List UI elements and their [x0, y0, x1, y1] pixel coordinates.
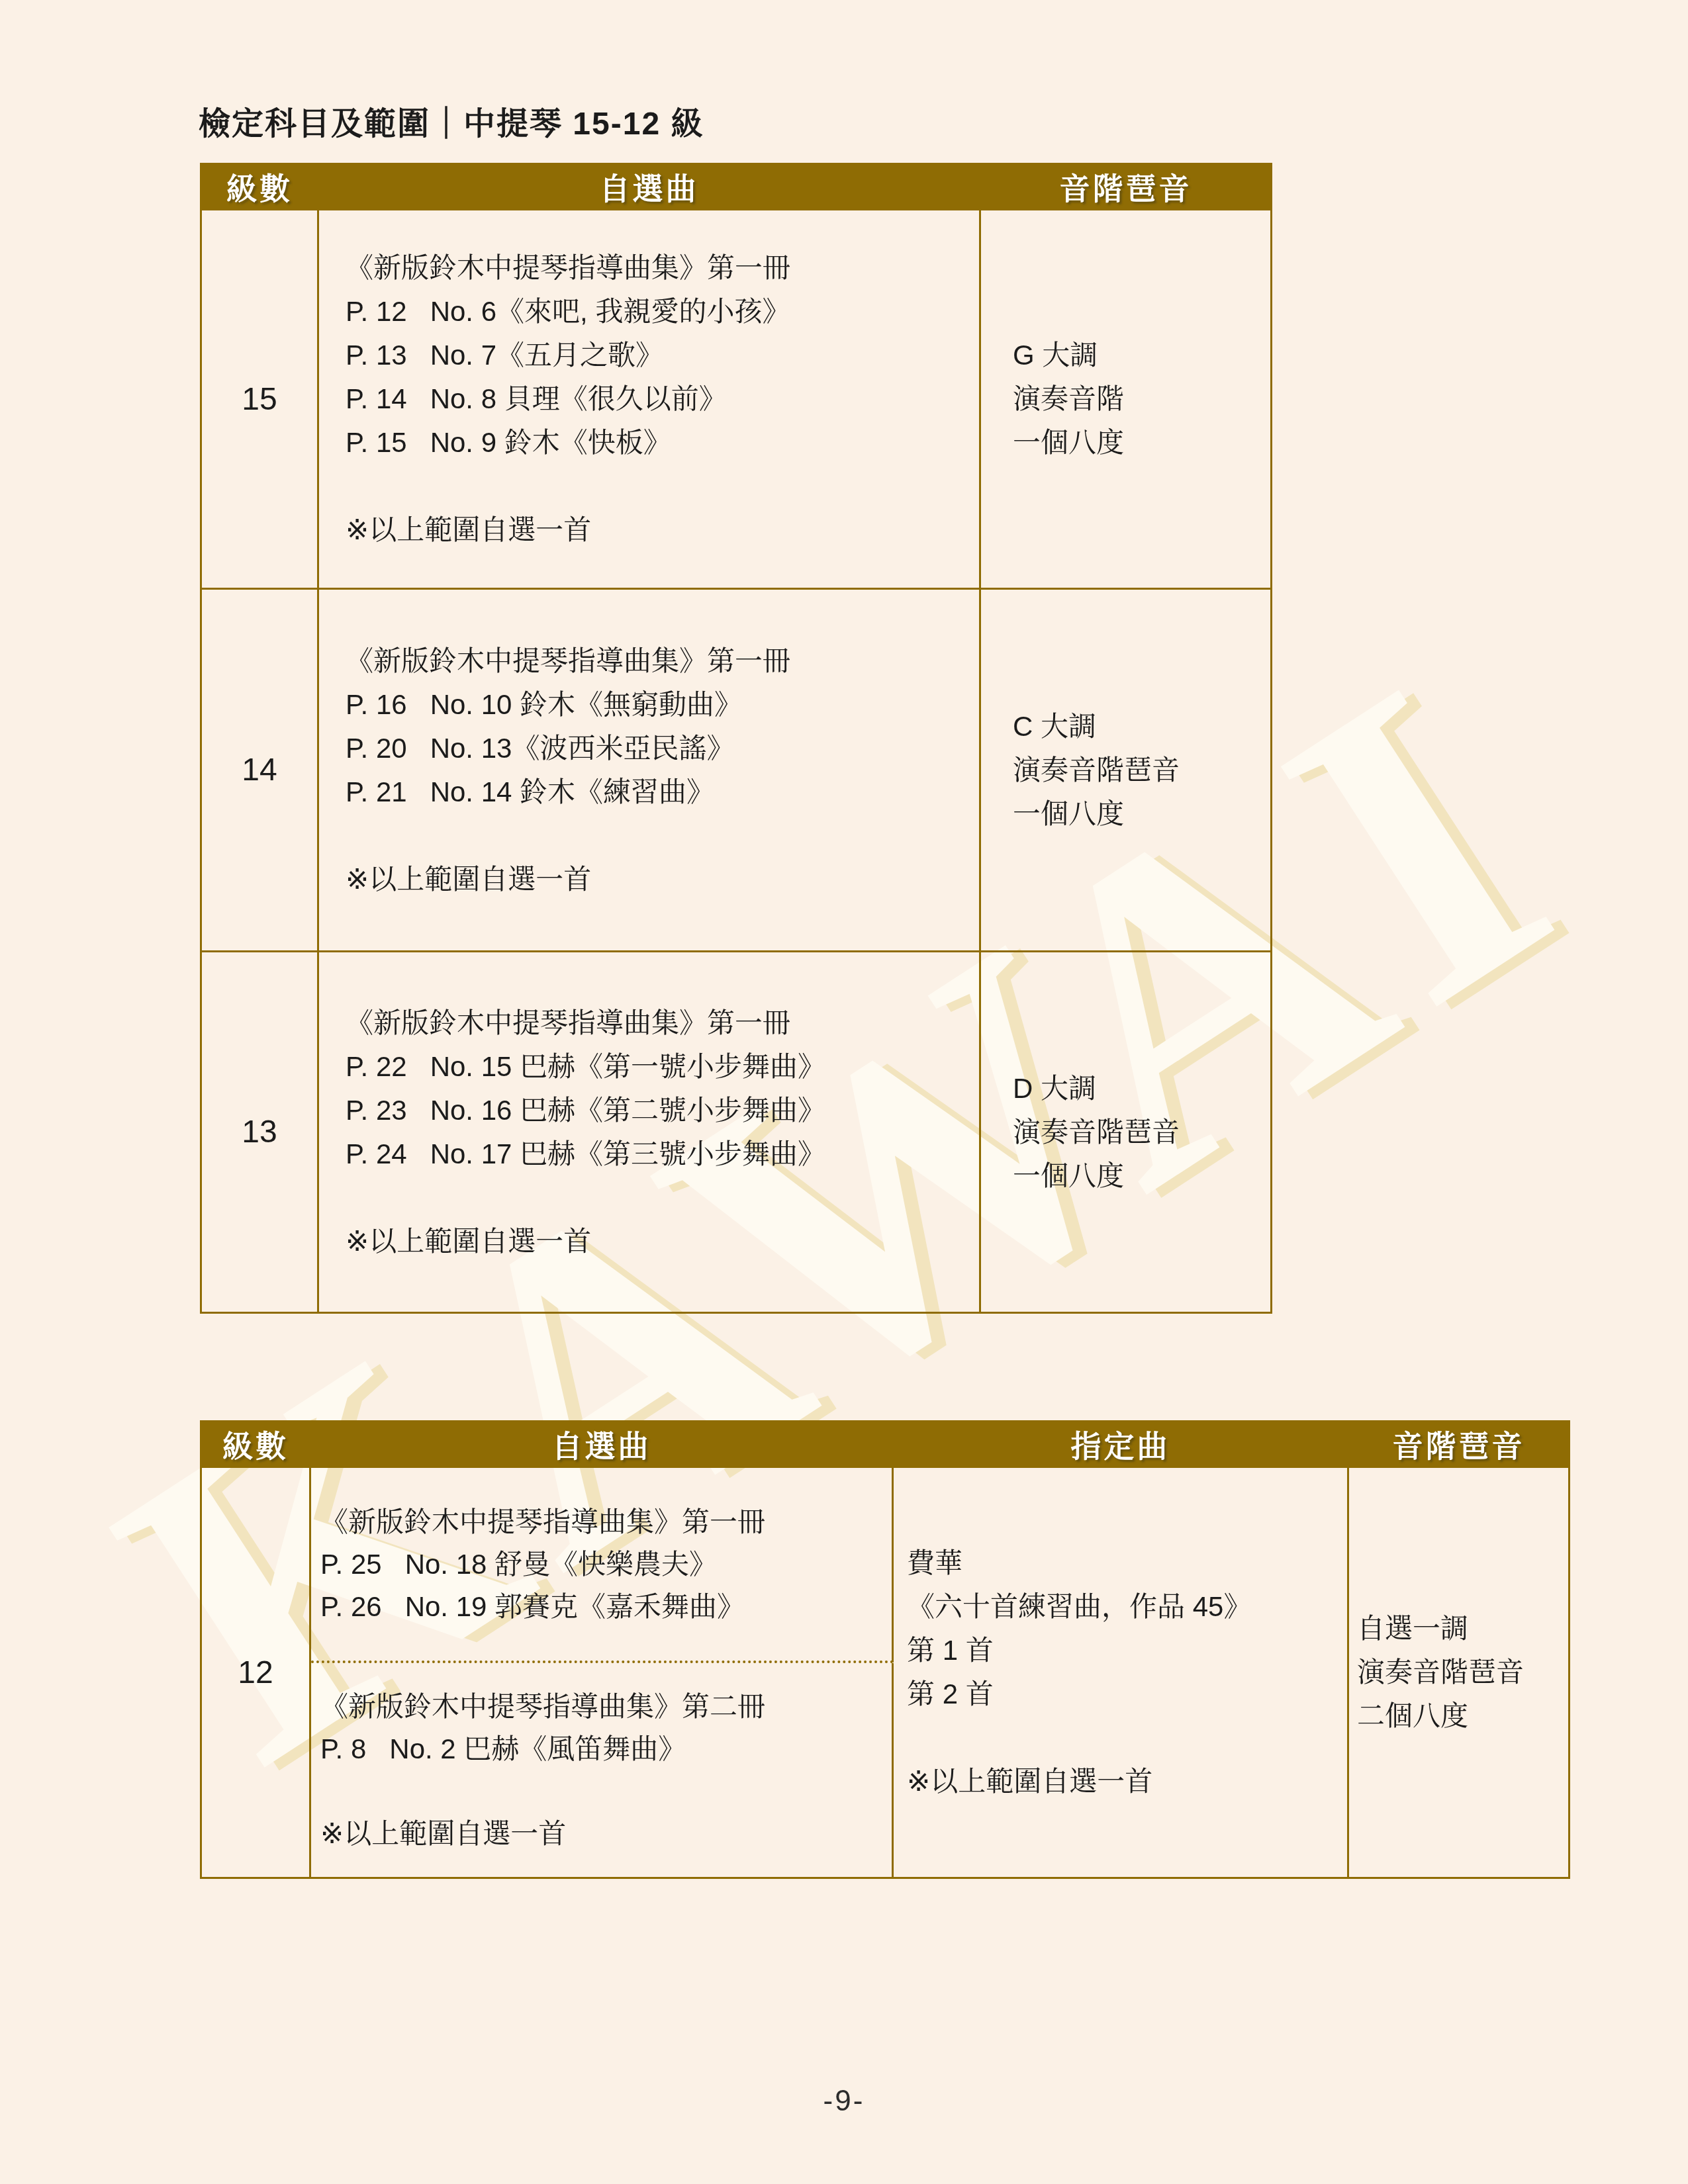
grade-12-table: 級數 自選曲 指定曲 音階琶音 12 《新版鈴木中提琴指導曲集》第一冊 P. 2… [200, 1420, 1570, 1879]
t1-header-free-choice: 自選曲 [319, 165, 981, 208]
grade-cell-12: 12 [202, 1466, 311, 1877]
piece-line: P. 20 No. 13《波西米亞民謠》 [346, 727, 979, 770]
piece-line: P. 12 No. 6《來吧, 我親愛的小孩》 [346, 290, 979, 334]
t2-header-scale-arpeggio: 音階琶音 [1349, 1422, 1568, 1466]
page-number: -9- [0, 2085, 1688, 2118]
designated-line: 第 2 首 [907, 1672, 1347, 1716]
scale-cell-14: C 大調 演奏音階琶音 一個八度 [981, 588, 1270, 950]
designated-line: 第 1 首 [907, 1629, 1347, 1672]
scale-cell-15: G 大調 演奏音階 一個八度 [981, 208, 1270, 588]
page-title: 檢定科目及範圍｜中提琴 15-12 級 [199, 98, 704, 144]
scale-line: 一個八度 [1013, 792, 1270, 836]
designated-line: 費華 [907, 1541, 1347, 1585]
piece-line: 《新版鈴木中提琴指導曲集》第一冊 [346, 639, 979, 683]
piece-line: 《新版鈴木中提琴指導曲集》第一冊 [346, 246, 979, 290]
grades-15-13-table: 級數 自選曲 音階琶音 15 《新版鈴木中提琴指導曲集》第一冊 P. 12 No… [200, 163, 1272, 1314]
note-line: ※以上範圍自選一首 [346, 1220, 979, 1263]
spacer [320, 1770, 892, 1813]
scale-line: D 大調 [1013, 1067, 1270, 1111]
t1-header-scale-arpeggio: 音階琶音 [981, 165, 1270, 208]
scale-line: 演奏音階琶音 [1013, 749, 1270, 792]
free-choice-cell-15: 《新版鈴木中提琴指導曲集》第一冊 P. 12 No. 6《來吧, 我親愛的小孩》… [319, 208, 981, 588]
piece-line: 《新版鈴木中提琴指導曲集》第二冊 [320, 1686, 892, 1728]
free-choice-cell-12-book1: 《新版鈴木中提琴指導曲集》第一冊 P. 25 No. 18 舒曼《快樂農夫》 P… [311, 1466, 894, 1663]
t2-header-designated: 指定曲 [894, 1422, 1349, 1466]
piece-line: P. 25 No. 18 舒曼《快樂農夫》 [320, 1543, 892, 1586]
document-page: { "page": { "title": "檢定科目及範圍｜中提琴 15-12 … [0, 0, 1688, 2184]
scale-line: 演奏音階 [1013, 377, 1270, 421]
spacer [907, 1716, 1347, 1760]
piece-line: 《新版鈴木中提琴指導曲集》第一冊 [346, 1001, 979, 1045]
designated-cell-12: 費華 《六十首練習曲，作品 45》 第 1 首 第 2 首 ※以上範圍自選一首 [894, 1466, 1349, 1877]
piece-line: P. 14 No. 8 貝理《很久以前》 [346, 377, 979, 421]
piece-line: P. 21 No. 14 鈴木《練習曲》 [346, 770, 979, 814]
piece-line: 《新版鈴木中提琴指導曲集》第一冊 [320, 1501, 892, 1543]
scale-line: 演奏音階琶音 [1357, 1651, 1568, 1694]
piece-line: P. 16 No. 10 鈴木《無窮動曲》 [346, 683, 979, 727]
piece-line: P. 15 No. 9 鈴木《快板》 [346, 421, 979, 465]
spacer [346, 465, 979, 508]
piece-line: P. 24 No. 17 巴赫《第三號小步舞曲》 [346, 1132, 979, 1176]
scale-line: 二個八度 [1357, 1694, 1568, 1738]
scale-line: 自選一調 [1357, 1607, 1568, 1651]
piece-line: P. 23 No. 16 巴赫《第二號小步舞曲》 [346, 1089, 979, 1132]
scale-line: 演奏音階琶音 [1013, 1111, 1270, 1154]
scale-line: 一個八度 [1013, 421, 1270, 465]
grade-cell-13: 13 [202, 950, 319, 1312]
scale-line: 一個八度 [1013, 1154, 1270, 1198]
scale-cell-13: D 大調 演奏音階琶音 一個八度 [981, 950, 1270, 1312]
piece-line: P. 22 No. 15 巴赫《第一號小步舞曲》 [346, 1045, 979, 1089]
note-line: ※以上範圍自選一首 [346, 508, 979, 552]
free-choice-cell-12-book2: 《新版鈴木中提琴指導曲集》第二冊 P. 8 No. 2 巴赫《風笛舞曲》 ※以上… [311, 1663, 894, 1877]
scale-cell-12: 自選一調 演奏音階琶音 二個八度 [1349, 1466, 1568, 1877]
t1-header-grade: 級數 [202, 165, 319, 208]
designated-line: 《六十首練習曲，作品 45》 [907, 1585, 1347, 1629]
t2-header-grade: 級數 [202, 1422, 311, 1466]
note-line: ※以上範圍自選一首 [907, 1760, 1347, 1803]
piece-line: P. 26 No. 19 郭賽克《嘉禾舞曲》 [320, 1586, 892, 1628]
piece-line: P. 13 No. 7《五月之歌》 [346, 334, 979, 377]
note-line: ※以上範圍自選一首 [320, 1813, 892, 1855]
t2-header-free-choice: 自選曲 [311, 1422, 894, 1466]
grade-cell-14: 14 [202, 588, 319, 950]
grade-cell-15: 15 [202, 208, 319, 588]
spacer [346, 814, 979, 858]
free-choice-cell-14: 《新版鈴木中提琴指導曲集》第一冊 P. 16 No. 10 鈴木《無窮動曲》 P… [319, 588, 981, 950]
piece-line: P. 8 No. 2 巴赫《風笛舞曲》 [320, 1728, 892, 1770]
spacer [346, 1176, 979, 1220]
note-line: ※以上範圍自選一首 [346, 858, 979, 901]
scale-line: G 大調 [1013, 334, 1270, 377]
free-choice-cell-13: 《新版鈴木中提琴指導曲集》第一冊 P. 22 No. 15 巴赫《第一號小步舞曲… [319, 950, 981, 1312]
scale-line: C 大調 [1013, 705, 1270, 749]
